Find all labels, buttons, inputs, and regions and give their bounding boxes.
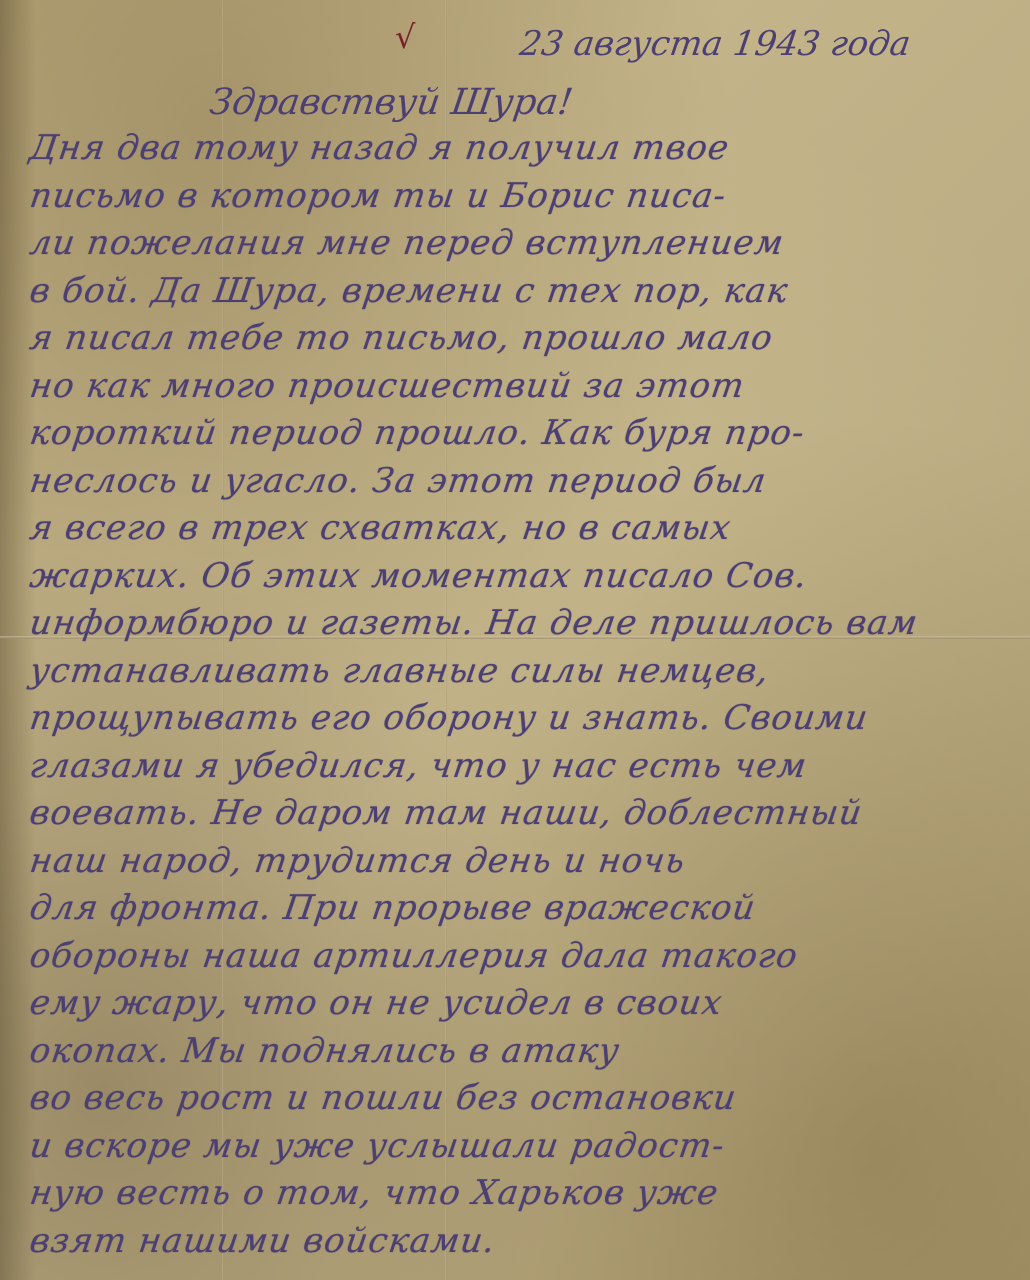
letter-line: окопах. Мы поднялись в атаку xyxy=(27,1031,622,1071)
letter-line: в бой. Да Шура, времени с тех пор, как xyxy=(27,271,791,311)
letter-line: я всего в трех схватках, но в самых xyxy=(27,508,734,548)
letter-line: Дня два тому назад я получил твое xyxy=(27,128,732,168)
letter-line: прощупывать его оборону и знать. Своими xyxy=(27,698,871,738)
letter-line: для фронта. При прорыве вражеской xyxy=(27,888,758,928)
letter-line: неслось и угасло. За этот период был xyxy=(27,461,769,501)
letter-line: информбюро и газеты. На деле пришлось ва… xyxy=(27,603,921,643)
letter-line: устанавливать главные силы немцев, xyxy=(27,651,772,691)
letter-greeting: Здравствуй Шура! xyxy=(207,82,575,123)
letter-line: ему жару, что он не усидел в своих xyxy=(27,983,725,1023)
letter-date: 23 августа 1943 года xyxy=(517,24,913,64)
letter-line: ли пожелания мне перед вступлением xyxy=(27,223,786,263)
checkmark: √ xyxy=(395,18,415,56)
letter-line: жарких. Об этих моментах писало Сов. xyxy=(27,556,810,596)
letter-page: √ 23 августа 1943 года Здравствуй Шура! … xyxy=(0,0,1030,1280)
letter-line: письмо в котором ты и Борис писа- xyxy=(27,176,729,216)
letter-line: наш народ, трудится день и ночь xyxy=(27,841,688,881)
letter-line: но как много происшествий за этот xyxy=(27,366,747,406)
letter-line: ную весть о том, что Харьков уже xyxy=(27,1173,721,1213)
letter-line: я писал тебе то письмо, прошло мало xyxy=(27,318,776,358)
letter-line: взят нашими войсками. xyxy=(27,1221,498,1261)
letter-line: обороны наша артиллерия дала такого xyxy=(27,936,800,976)
letter-line: и вскоре мы уже услышали радост- xyxy=(27,1126,727,1166)
letter-line: короткий период прошло. Как буря про- xyxy=(27,413,807,453)
letter-line: воевать. Не даром там наши, доблестный xyxy=(27,793,865,833)
letter-line: глазами я убедился, что у нас есть чем xyxy=(27,746,810,786)
letter-line: во весь рост и пошли без остановки xyxy=(27,1078,739,1118)
